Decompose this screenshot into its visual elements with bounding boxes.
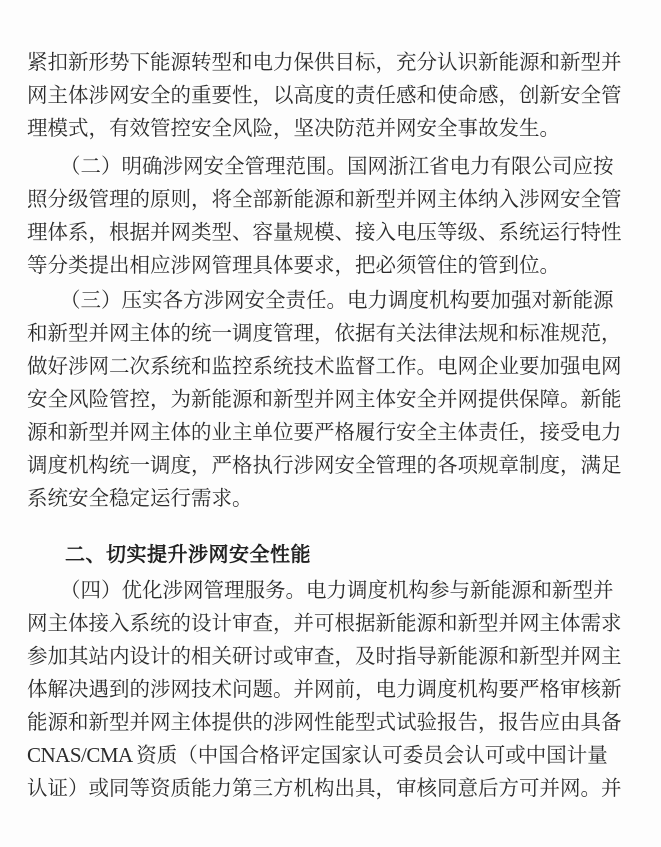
paragraph-line: 参加其站内设计的相关研讨或审查，及时指导新能源和新型并网主 xyxy=(27,641,575,671)
paragraph-line: 源和新型并网主体的业主单位要严格履行安全主体责任，接受电力 xyxy=(27,417,575,447)
paragraph-line-numbered: （三）压实各方涉网安全责任。电力调度机构要加强对新能源 xyxy=(60,285,575,315)
paragraph-line-numbered: （四）优化涉网管理服务。电力调度机构参与新能源和新型并 xyxy=(60,575,575,605)
paragraph-line: 体解决遇到的涉网技术问题。并网前，电力调度机构要严格审核新 xyxy=(27,674,575,704)
paragraph-line: 能源和新型并网主体提供的涉网性能型式试验报告，报告应由具备 xyxy=(27,707,575,737)
cnas-cma-label: CNAS/CMA xyxy=(27,743,136,767)
paragraph-line: 认证）或同等资质能力第三方机构出具，审核同意后方可并网。并 xyxy=(27,773,575,803)
paragraph-line: 调度机构统一调度，严格执行涉网安全管理的各项规章制度，满足 xyxy=(27,450,575,480)
paragraph-line-text: 资质（中国合格评定国家认可委员会认可或中国计量 xyxy=(136,743,608,767)
paragraph-line: 系统安全稳定运行需求。 xyxy=(27,483,575,513)
paragraph-line: 和新型并网主体的统一调度管理，依据有关法律法规和标准规范， xyxy=(27,318,575,348)
paragraph-line: 照分级管理的原则，将全部新能源和新型并网主体纳入涉网安全管 xyxy=(27,184,575,214)
paragraph-line: 网主体接入系统的设计审查，并可根据新能源和新型并网主体需求 xyxy=(27,608,575,638)
paragraph-line: 做好涉网二次系统和监控系统技术监督工作。电网企业要加强电网 xyxy=(27,351,575,381)
paragraph-line: 网主体涉网安全的重要性，以高度的责任感和使命感，创新安全管 xyxy=(27,80,575,110)
paragraph-line: 等分类提出相应涉网管理具体要求，把必须管住的管到位。 xyxy=(27,250,575,280)
paragraph-line: 理体系，根据并网类型、容量规模、接入电压等级、系统运行特性 xyxy=(27,217,575,247)
section-heading: 二、切实提升涉网安全性能 xyxy=(65,539,311,569)
paragraph-line: 安全风险管控，为新能源和新型并网主体安全并网提供保障。新能 xyxy=(27,384,575,414)
paragraph-line-cnas: CNAS/CMA 资质（中国合格评定国家认可委员会认可或中国计量 xyxy=(27,740,575,770)
document-page: 紧扣新形势下能源转型和电力保供目标，充分认识新能源和新型并 网主体涉网安全的重要… xyxy=(0,0,661,847)
paragraph-line-numbered: （二）明确涉网安全管理范围。国网浙江省电力有限公司应按 xyxy=(60,151,575,181)
paragraph-line: 理模式，有效管控安全风险，坚决防范并网安全事故发生。 xyxy=(27,113,575,143)
paragraph-line: 紧扣新形势下能源转型和电力保供目标，充分认识新能源和新型并 xyxy=(27,47,575,77)
